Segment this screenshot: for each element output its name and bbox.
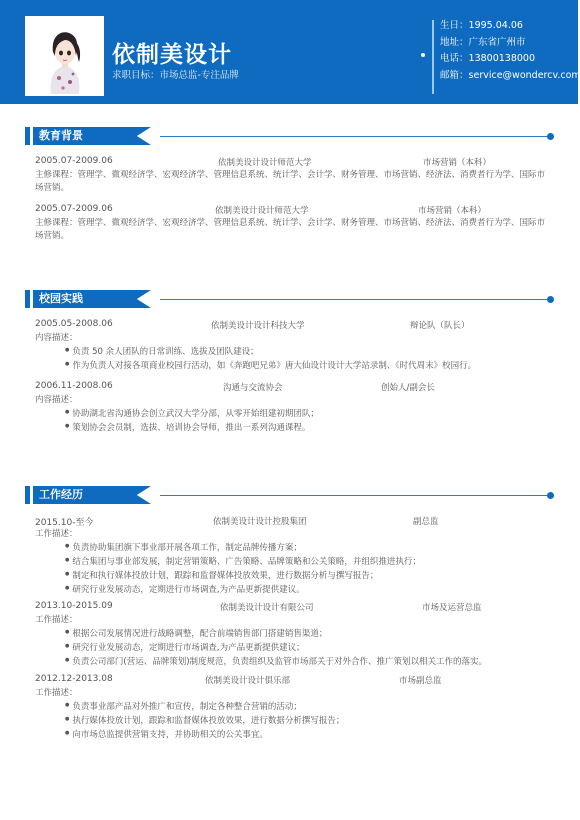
section-dot-icon	[547, 133, 554, 140]
section-divider	[160, 299, 550, 300]
entry-role: 创始人/副会长	[381, 381, 435, 393]
info-email: 邮箱：service@wondercv.come	[440, 68, 580, 85]
resume-header: 依制美设计 求职目标：市场总监-专注品牌 生日：1995.04.06 地址：广东…	[0, 0, 578, 104]
bullet-list: 根据公司发展情况进行战略调整，配合前端销售部门搭建销售渠道； 研究行业发展动态，…	[35, 627, 487, 669]
bullet-item: 策划协会会员制，选拔、培训协会导师，推出一系列沟通课程。	[65, 421, 319, 435]
section-divider	[160, 136, 550, 137]
entry-role: 副总监	[413, 515, 439, 527]
bullet-item: 负责事业部产品对外推广和宣传，制定各种整合营销的活动；	[65, 700, 344, 714]
candidate-name: 依制美设计	[112, 36, 232, 69]
info-address: 地址：广东省广州市	[440, 35, 580, 52]
avatar-illustration-icon	[25, 16, 104, 96]
section-header-campus: 校园实践	[25, 290, 555, 308]
section-header-work: 工作经历	[25, 486, 555, 504]
entry-org: 依制美设计设计俱乐部	[205, 674, 290, 686]
bullet-list: 协助湖北省沟通协会创立武汉大学分部，从零开始组建初期团队； 策划协会会员制，选拔…	[35, 407, 319, 435]
entry-role: 市场营销（本科）	[423, 156, 491, 168]
bullet-item: 结合集团与事业部发展，制定营销策略、广告策略、品牌策略和公关策略，并组织推进执行…	[65, 555, 421, 569]
bullet-item: 研究行业发展动态，定期进行市场调查,为产品更新提供建议。	[65, 583, 421, 597]
section-bar	[25, 127, 30, 145]
bullet-item: 根据公司发展情况进行战略调整，配合前端销售部门搭建销售渠道；	[65, 627, 487, 641]
bullet-item: 研究行业发展动态，定期进行市场调查,为产品更新提供建议；	[65, 641, 487, 655]
info-divider	[432, 20, 434, 94]
education-entry: 2005.07-2009.06 依制美设计设计师范大学 市场营销（本科） 主修课…	[35, 156, 550, 195]
section-title: 工作经历	[33, 486, 151, 504]
bullet-item: 负责公司部门(营运、品牌策划)制度规范，负责组织及监管市场部关于对外合作、推广策…	[65, 655, 487, 669]
job-objective: 求职目标：市场总监-专注品牌	[112, 67, 239, 81]
education-entry: 2005.07-2009.06 依制美设计设计师范大学 市场营销（本科） 主修课…	[35, 204, 550, 243]
entry-label: 工作描述：	[35, 687, 344, 700]
entry-org: 依制美设计设计师范大学	[215, 204, 309, 216]
section-title: 校园实践	[33, 290, 151, 308]
info-birthday: 生日：1995.04.06	[440, 18, 580, 35]
info-dot-icon	[421, 53, 425, 57]
bullet-list: 负责事业部产品对外推广和宣传，制定各种整合营销的活动； 执行媒体投放计划，跟踪和…	[35, 700, 344, 742]
entry-date: 2012.12-2013.08	[35, 674, 113, 684]
info-phone: 电话：13800138000	[440, 51, 580, 68]
bullet-item: 负责 50 余人团队的日常训练、选拔及团队建设；	[65, 345, 476, 359]
section-dot-icon	[547, 296, 554, 303]
entry-org: 依制美设计设计控股集团	[213, 515, 307, 527]
entry-description: 主修课程：管理学、微观经济学、宏观经济学、管理信息系统、统计学、会计学、财务管理…	[35, 169, 550, 195]
bullet-item: 作为负责人对接各项商业校园行活动，如《奔跑吧兄弟》唐大仙设计设计大学站录制、《时…	[65, 359, 476, 373]
entry-date: 2005.07-2009.06	[35, 156, 113, 166]
bullet-item: 协助湖北省沟通协会创立武汉大学分部，从零开始组建初期团队；	[65, 407, 319, 421]
section-bar	[25, 290, 30, 308]
entry-date: 2005.07-2009.06	[35, 204, 113, 214]
entry-date: 2005.05-2008.06	[35, 319, 113, 329]
entry-role: 市场及运营总监	[422, 601, 482, 613]
work-entry: 2013.10-2015.09 依制美设计设计有限公司 市场及运营总监 工作描述…	[35, 601, 487, 669]
bullet-item: 执行媒体投放计划，跟踪和监督媒体投放效果，进行数据分析撰写报告；	[65, 714, 344, 728]
section-header-education: 教育背景	[25, 127, 555, 145]
entry-org: 依制美设计设计师范大学	[218, 156, 312, 168]
entry-role: 市场副总监	[399, 674, 442, 686]
avatar-photo	[25, 16, 104, 96]
bullet-item: 制定和执行媒体投放计划，跟踪和监督媒体投放效果，进行数据分析与撰写报告；	[65, 569, 421, 583]
section-dot-icon	[547, 492, 554, 499]
section-bar	[25, 486, 30, 504]
entry-date: 2015.10-至今	[35, 515, 93, 528]
bullet-list: 负责协助集团旗下事业部开展各项工作，制定品牌传播方案； 结合集团与事业部发展，制…	[35, 541, 421, 597]
entry-label: 内容描述：	[35, 332, 476, 345]
entry-role: 市场营销（本科）	[418, 204, 486, 216]
campus-entry: 2006.11-2008.06 沟通与交流协会 创始人/副会长 内容描述： 协助…	[35, 381, 319, 435]
entry-role: 辩论队（队长）	[410, 319, 470, 331]
entry-label: 工作描述：	[35, 528, 421, 541]
section-title: 教育背景	[33, 127, 151, 145]
entry-org: 依制美设计设计科技大学	[211, 319, 305, 331]
work-entry: 2015.10-至今 依制美设计设计控股集团 副总监 工作描述： 负责协助集团旗…	[35, 515, 421, 597]
entry-label: 工作描述：	[35, 614, 487, 627]
bullet-list: 负责 50 余人团队的日常训练、选拔及团队建设； 作为负责人对接各项商业校园行活…	[35, 345, 476, 373]
contact-info: 生日：1995.04.06 地址：广东省广州市 电话：13800138000 邮…	[440, 18, 580, 84]
entry-date: 2006.11-2008.06	[35, 381, 113, 391]
entry-description: 主修课程：管理学、微观经济学、宏观经济学、管理信息系统、统计学、会计学、财务管理…	[35, 217, 550, 243]
work-entry: 2012.12-2013.08 依制美设计设计俱乐部 市场副总监 工作描述： 负…	[35, 674, 344, 742]
bullet-item: 向市场总监提供营销支持，并协助相关的公关事宜。	[65, 728, 344, 742]
entry-org: 依制美设计设计有限公司	[220, 601, 314, 613]
entry-label: 内容描述：	[35, 394, 319, 407]
section-divider	[160, 495, 550, 496]
campus-entry: 2005.05-2008.06 依制美设计设计科技大学 辩论队（队长） 内容描述…	[35, 319, 476, 373]
bullet-item: 负责协助集团旗下事业部开展各项工作，制定品牌传播方案；	[65, 541, 421, 555]
entry-date: 2013.10-2015.09	[35, 601, 113, 611]
entry-org: 沟通与交流协会	[223, 381, 283, 393]
